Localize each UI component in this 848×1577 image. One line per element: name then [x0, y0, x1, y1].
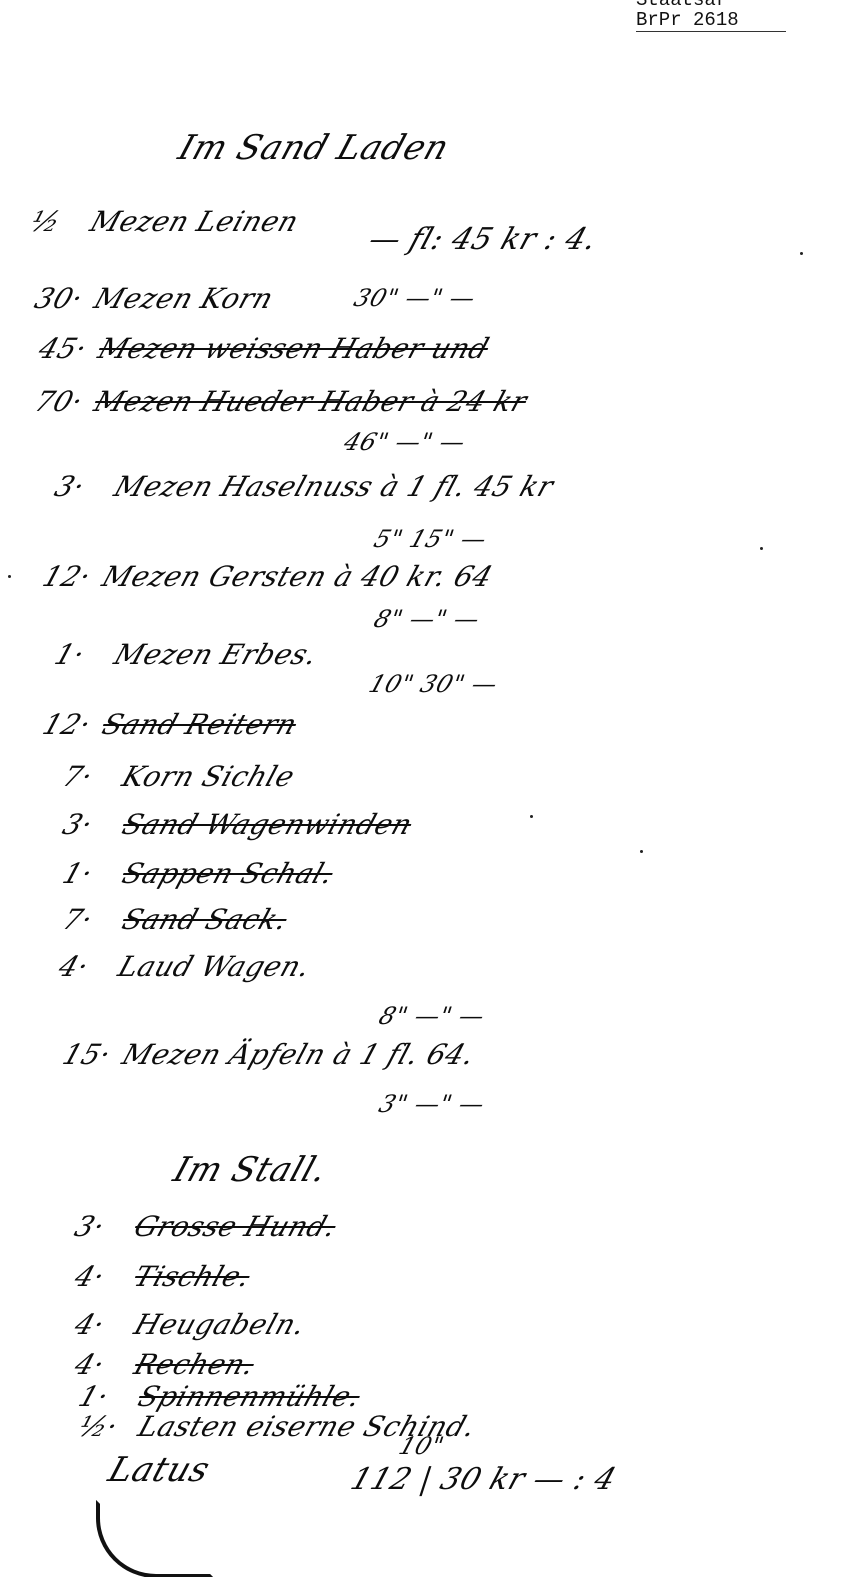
list-item: 12· Mezen Gersten à 40 kr. 64: [39, 560, 497, 593]
item-price: — fl: 45 kr : 4.: [364, 222, 601, 257]
list-item: 15· Mezen Äpfeln à 1 fl. 64.: [59, 1038, 480, 1071]
item-description: Mezen Erbes.: [110, 638, 322, 671]
item-quantity: 7·: [59, 903, 120, 936]
list-item: 7· Sand Sack.: [59, 903, 292, 936]
stamp-signature: BrPr 2618: [636, 10, 786, 32]
list-item: ½ Mezen Leinen: [27, 205, 303, 238]
item-description: Sappen Schal.: [118, 857, 338, 890]
item-description: Mezen Korn: [90, 282, 278, 315]
item-price: 46" —" —: [340, 428, 469, 456]
item-quantity: 12·: [39, 560, 100, 593]
list-item: 3· Grosse Hund.: [71, 1210, 341, 1243]
item-quantity: 4·: [55, 950, 116, 983]
item-description: Heugabeln.: [130, 1308, 310, 1341]
list-item: 45· Mezen weissen Haber und: [35, 332, 494, 365]
item-description: Sand Wagenwinden: [118, 808, 417, 841]
item-quantity: 3·: [71, 1210, 132, 1243]
item-description: Mezen Haselnuss à 1 fl. 45 kr: [110, 470, 558, 503]
item-price: 8" —" —: [370, 605, 483, 633]
speck: [760, 547, 763, 550]
item-quantity: ½·: [75, 1410, 136, 1443]
item-description: Tischle.: [130, 1260, 255, 1293]
section-heading-laden: Im Sand Laden: [174, 128, 455, 168]
list-item: 3· Sand Wagenwinden: [59, 808, 417, 841]
list-item: 4· Rechen.: [71, 1348, 260, 1381]
item-quantity: 4·: [71, 1260, 132, 1293]
item-description: Grosse Hund.: [130, 1210, 341, 1243]
list-item: 1· Mezen Erbes.: [51, 638, 322, 671]
item-quantity: 30·: [31, 282, 92, 315]
item-description: Mezen Leinen: [86, 205, 303, 238]
list-item: 30· Mezen Korn: [31, 282, 278, 315]
item-quantity: 4·: [71, 1308, 132, 1341]
item-quantity: 1·: [51, 638, 112, 671]
item-description: Sand Sack.: [118, 903, 292, 936]
list-item: 7· Korn Sichle: [59, 760, 299, 793]
item-quantity: 3·: [51, 470, 112, 503]
total-amount-top: 10": [395, 1432, 447, 1460]
item-description: Mezen Gersten à 40 kr. 64: [98, 560, 497, 593]
list-item: 70· Mezen Hueder Haber à 24 kr: [31, 385, 532, 418]
item-quantity: 1·: [75, 1380, 136, 1413]
item-description: Mezen weissen Haber und: [94, 332, 493, 365]
item-price: 8" —" —: [375, 1002, 488, 1030]
archive-stamp: Staatsar BrPr 2618: [636, 0, 786, 32]
list-item: 4· Heugabeln.: [71, 1308, 310, 1341]
item-description: Sand Reitern: [98, 708, 301, 741]
item-quantity: 45·: [35, 332, 96, 365]
list-item: 4· Tischle.: [71, 1260, 255, 1293]
total-amount: 112 | 30 kr — : 4: [346, 1462, 620, 1497]
item-price: 10" 30" —: [365, 670, 501, 698]
item-quantity: 3·: [59, 808, 120, 841]
item-quantity: 4·: [71, 1348, 132, 1381]
item-price: 5" 15" —: [370, 525, 490, 553]
item-quantity: 7·: [59, 760, 120, 793]
item-description: Rechen.: [130, 1348, 259, 1381]
item-price: 30" —" —: [350, 284, 479, 312]
item-quantity: 12·: [39, 708, 100, 741]
list-item: 3· Mezen Haselnuss à 1 fl. 45 kr: [51, 470, 558, 503]
item-quantity: 1·: [59, 857, 120, 890]
item-description: Mezen Äpfeln à 1 fl. 64.: [118, 1038, 479, 1071]
item-quantity: ½: [27, 205, 88, 238]
latus-label: Latus: [104, 1450, 215, 1490]
flourish-decoration: [96, 1500, 214, 1577]
list-item: 1· Sappen Schal.: [59, 857, 338, 890]
item-description: Spinnenmühle.: [134, 1380, 365, 1413]
speck: [530, 815, 533, 818]
speck: [640, 850, 643, 853]
section-heading-stall: Im Stall.: [169, 1150, 333, 1190]
item-quantity: 15·: [59, 1038, 120, 1071]
item-description: Mezen Hueder Haber à 24 kr: [90, 385, 531, 418]
speck: [8, 575, 11, 578]
list-item: 4· Laud Wagen.: [55, 950, 315, 983]
list-item: 12· Sand Reitern: [39, 708, 302, 741]
item-price: 3" —" —: [375, 1090, 488, 1118]
list-item: 1· Spinnenmühle.: [75, 1380, 365, 1413]
item-description: Laud Wagen.: [114, 950, 315, 983]
item-quantity: 70·: [31, 385, 92, 418]
speck: [800, 252, 803, 255]
item-description: Korn Sichle: [118, 760, 299, 793]
